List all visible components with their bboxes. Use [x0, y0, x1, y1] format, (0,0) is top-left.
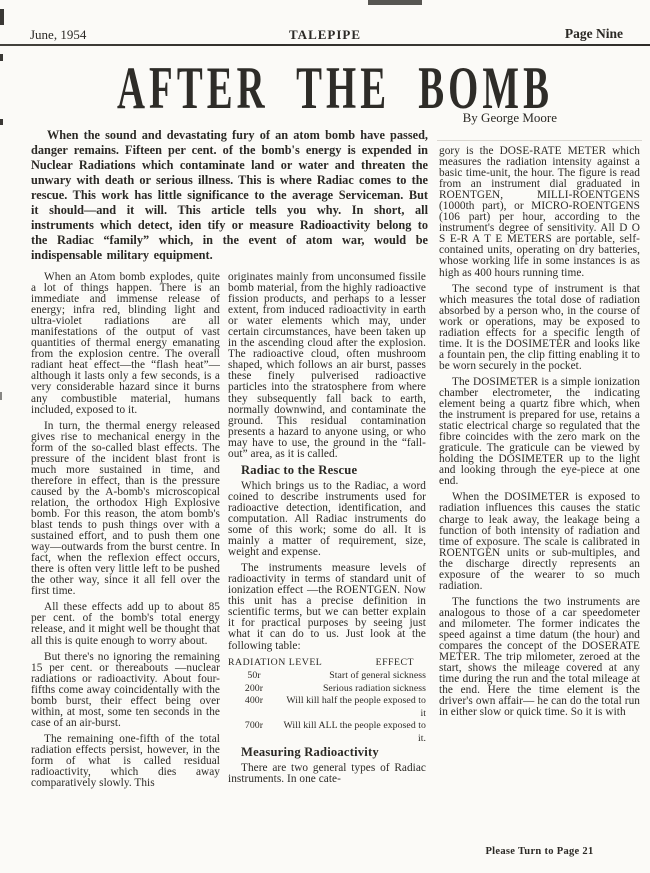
scan-artifact-edge: [0, 392, 2, 400]
newspaper-page: June, 1954 TALEPIPE Page Nine AFTER THE …: [0, 0, 650, 873]
scan-artifact-top-bar: [368, 0, 422, 5]
column-2: originates mainly from unconsumed fissil…: [228, 272, 426, 870]
header-rule: [0, 44, 650, 46]
paragraph: When the DOSIMETER is exposed to radiati…: [439, 492, 640, 591]
dose-effect: Start of general sickness: [280, 670, 426, 683]
column-3: gory is the DOSE-RATE METER which measur…: [439, 146, 640, 844]
paragraph: The instruments measure levels of radioa…: [228, 563, 426, 651]
paragraph: But there's no ignoring the remaining 15…: [31, 652, 220, 729]
radiation-table-header: RADIATION LEVEL EFFECT: [228, 657, 426, 670]
column-1: When an Atom bomb explodes, quite a lot …: [31, 272, 220, 870]
paragraph: The remaining one-fifth of the total rad…: [31, 734, 220, 789]
table-row: 200r Serious radiation sickness: [228, 683, 426, 696]
dose-level: 700r: [228, 720, 280, 745]
section-heading-radiac: Radiac to the Rescue: [228, 465, 426, 476]
table-header-effect: EFFECT: [376, 657, 426, 670]
scan-artifact-edge: [0, 54, 3, 61]
paragraph: Which brings us to the Radiac, a word co…: [228, 481, 426, 558]
dose-level: 50r: [228, 670, 280, 683]
table-row: 700r Will kill ALL the people exposed to…: [228, 720, 426, 745]
paragraph: When an Atom bomb explodes, quite a lot …: [31, 272, 220, 416]
lead-paragraph: When the sound and devastating fury of a…: [31, 128, 428, 263]
paragraph: All these effects add up to about 85 per…: [31, 602, 220, 646]
dose-effect: Will kill half the people exposed to it: [280, 695, 426, 720]
continued-on-page-note: Please Turn to Page 21: [439, 846, 640, 857]
table-row: 50r Start of general sickness: [228, 670, 426, 683]
paragraph: The functions the two instruments are an…: [439, 597, 640, 719]
dose-level: 400r: [228, 695, 280, 720]
dose-effect: Will kill ALL the people exposed to it.: [280, 720, 426, 745]
paragraph: There are two general types of Radiac in…: [228, 763, 426, 785]
paragraph: The DOSIMETER is a simple ionization cha…: [439, 377, 640, 487]
radiation-table: RADIATION LEVEL EFFECT 50r Start of gene…: [228, 657, 426, 746]
paragraph: In turn, the thermal energy released giv…: [31, 421, 220, 598]
scan-artifact-edge: [0, 9, 4, 25]
scan-artifact-faint-rule: [437, 140, 642, 141]
dose-level: 200r: [228, 683, 280, 696]
scan-artifact-edge: [0, 119, 3, 125]
table-row: 400r Will kill half the people exposed t…: [228, 695, 426, 720]
section-heading-measuring: Measuring Radioactivity: [228, 747, 426, 758]
byline: By George Moore: [463, 110, 557, 126]
dose-effect: Serious radiation sickness: [280, 683, 426, 696]
paragraph: originates mainly from unconsumed fissil…: [228, 272, 426, 460]
paragraph: The second type of instrument is that wh…: [439, 284, 640, 372]
masthead: TALEPIPE: [0, 27, 650, 43]
paragraph: gory is the DOSE-RATE METER which measur…: [439, 146, 640, 279]
table-header-radiation-level: RADIATION LEVEL: [228, 657, 322, 670]
page-number: Page Nine: [565, 26, 623, 42]
